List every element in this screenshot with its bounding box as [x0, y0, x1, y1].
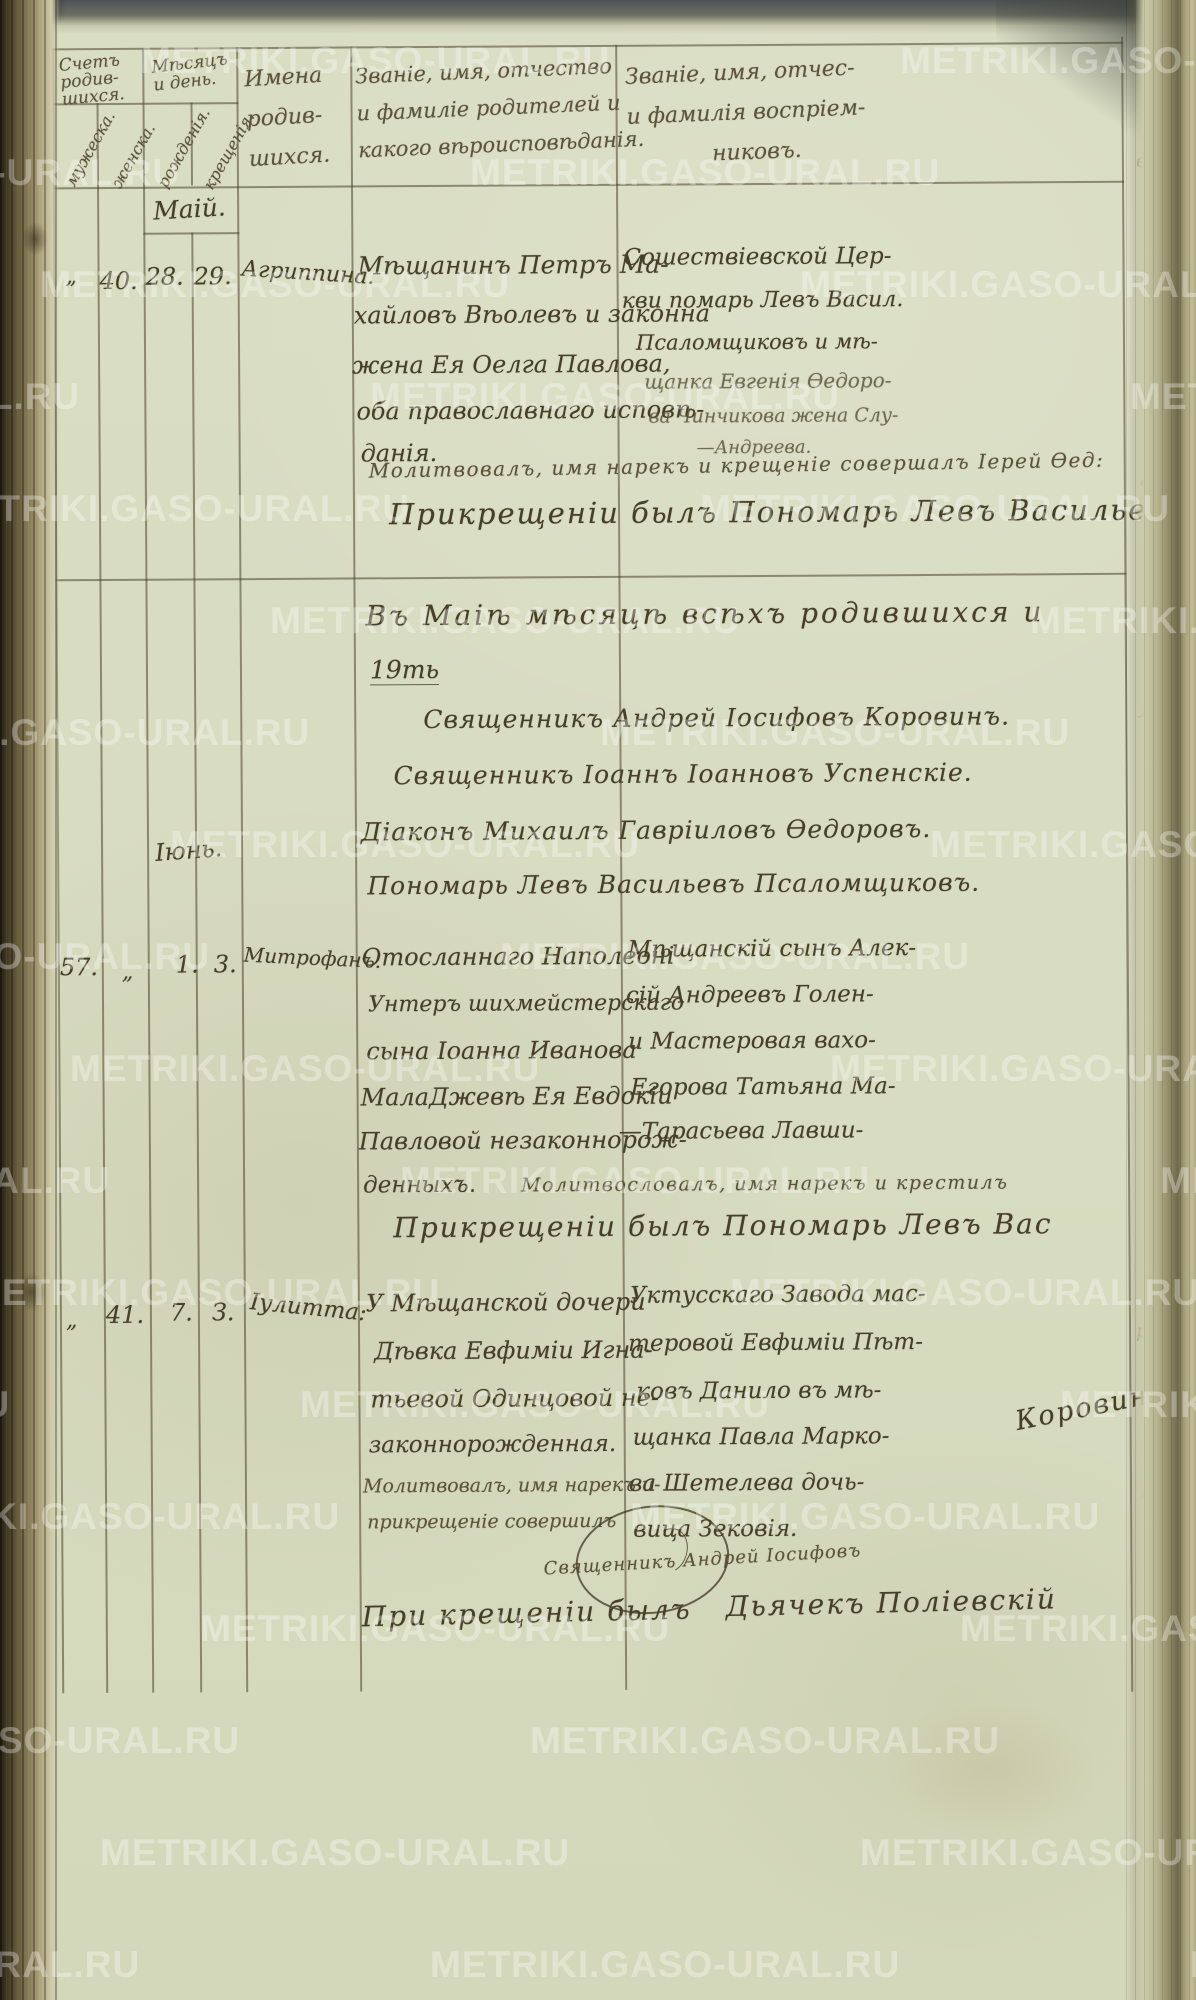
record2-godparents-line: и Мастеровая вахо-: [628, 1028, 876, 1054]
record1-born-day: 28.: [146, 265, 184, 290]
summary-line: Въ Маіѣ мѣсяцѣ всѣхъ родившихся и: [366, 597, 1045, 631]
record2-godparents-line: сій Андреевъ Голен-: [626, 982, 874, 1008]
month-label-may: Маій.: [152, 194, 226, 224]
summary-clergy-line: Священникъ Андрей Іосифовъ Коровинъ.: [423, 703, 1010, 733]
record3-godparents-line: щанка Павла Марко-: [633, 1424, 890, 1450]
record1-godparents-line: ва Чинчикова жена Слу-: [648, 406, 898, 427]
record3-godparents-line: Уктусскаго Завода мас-: [630, 1282, 926, 1308]
header-sub-female: женска.: [109, 121, 159, 191]
table-vline: [350, 46, 362, 1691]
record2-sexton-line: Прикрещеніи былъ Пономарь Левъ Вас: [393, 1209, 1052, 1242]
record1-godparents-line: Псаломщиковъ и мѣ-: [636, 330, 878, 354]
book-spine-edge: [0, 0, 60, 2000]
record2-parents-line: МалаДжевѣ Ея Евдокіи: [361, 1084, 673, 1111]
page-sheet: Счетъ родив- шихся. Мѣсяцъ и день. мужес…: [0, 0, 1196, 2000]
header-names-title: Имена родив- шихся.: [243, 56, 331, 181]
record3-parents-line: У Мѣщанской дочери: [366, 1290, 646, 1317]
record2-born-day: 1.: [176, 952, 199, 977]
table-vline: [142, 48, 154, 1693]
record3-godparents-line: ва Шетелева дочь-: [629, 1470, 865, 1496]
record3-parents-line: прикрещеніе совершилъ: [367, 1512, 616, 1533]
record3-parents-line: тьевой Одинцовой не-: [370, 1386, 659, 1413]
record1-baptized-day: 29.: [193, 264, 231, 289]
record1-godparents-line: щанка Евгенія Ѳедоро-: [644, 370, 891, 393]
record1-parents-line: жена Ея Оелга Павлова,: [352, 352, 670, 379]
footer-baptism-right: Дьячекъ Поліевскій: [725, 1584, 1057, 1621]
month-label-june: Іюнь.: [154, 836, 223, 866]
summary-count: 19ть: [370, 657, 439, 686]
table-hline: [143, 232, 239, 235]
footer-baptism-left: При крещеніи былъ: [361, 1595, 691, 1632]
record2-parents-line: денныхъ.: [363, 1173, 476, 1198]
summary-clergy-line: Діаконъ Михаилъ Гавріиловъ Ѳедоровъ.: [361, 816, 931, 846]
record1-female-count: 40.: [100, 269, 138, 294]
record3-male-count: „: [66, 1309, 78, 1332]
record2-parents-line: сына Іоанна Иванова: [366, 1038, 636, 1065]
record1-godparents-line: кви помарь Левъ Васил.: [622, 288, 904, 313]
header-parents-title: Званіе, имя, отчество и фамиліе родителе…: [354, 47, 644, 170]
summary-clergy-line: Священникъ Іоаннъ Іоанновъ Успенскіе.: [394, 760, 973, 790]
record3-godparents-line: теровой Евфиміи Пѣт-: [628, 1330, 923, 1356]
table-hline-section: [55, 573, 1126, 582]
record1-parents-line: Мѣщанинъ Петръ Ма-: [357, 252, 668, 280]
record2-rite-line: Молитвословалъ, имя нарекъ и крестилъ: [521, 1173, 1008, 1196]
record2-godparents-line: —Тарасьева Лавши-: [619, 1118, 864, 1144]
record2-godparents-line: Мѣщанскій сынъ Алек-: [628, 936, 917, 962]
record2-female-count: „: [122, 961, 134, 984]
record1-rite-line: Молитвовалъ, имя нарекъ и крещеніе совер…: [369, 450, 1105, 482]
record3-parents-line: Молитвовалъ, имя нарекъ и-: [363, 1476, 661, 1498]
record3-name: Іулитта:: [249, 1290, 368, 1326]
record2-male-count: 57.: [60, 955, 98, 980]
record3-born-day: 7.: [170, 1300, 193, 1325]
record3-godparents-line: ковъ Данило въ мѣ-: [636, 1378, 881, 1404]
record1-sexton-line: Прикрещеніи былъ Пономарь Левъ Васильевъ: [389, 494, 1188, 529]
record1-godparents-line: Сошествіевской Цер-: [623, 244, 891, 270]
record1-name: Агриппина.: [241, 258, 375, 290]
record3-parents-line: законнорожденная.: [369, 1432, 617, 1458]
record1-male-count: „: [66, 265, 78, 288]
header-godparents-title: Званіе, имя, отчес- и фамилія воспріем- …: [624, 48, 868, 178]
record2-godparents-line: Егорова Татьяна Ма-: [630, 1074, 895, 1100]
summary-clergy-line: Пономарь Левъ Васильевъ Псаломщиковъ.: [367, 870, 980, 900]
header-date-title: Мѣсяцъ и день.: [151, 50, 231, 94]
record3-parents-line: Дѣвка Евфиміи Игна-: [374, 1338, 653, 1365]
record3-female-count: 41.: [106, 1303, 144, 1328]
page-stack-edge: [1126, 0, 1196, 2000]
table-vline: [97, 103, 109, 1693]
table-vline: [236, 47, 248, 1692]
record3-baptized-day: З.: [212, 1300, 235, 1325]
record2-baptized-day: 3.: [214, 952, 237, 977]
metrical-book-scan: Счетъ родив- шихся. Мѣсяцъ и день. мужес…: [0, 0, 1196, 2000]
